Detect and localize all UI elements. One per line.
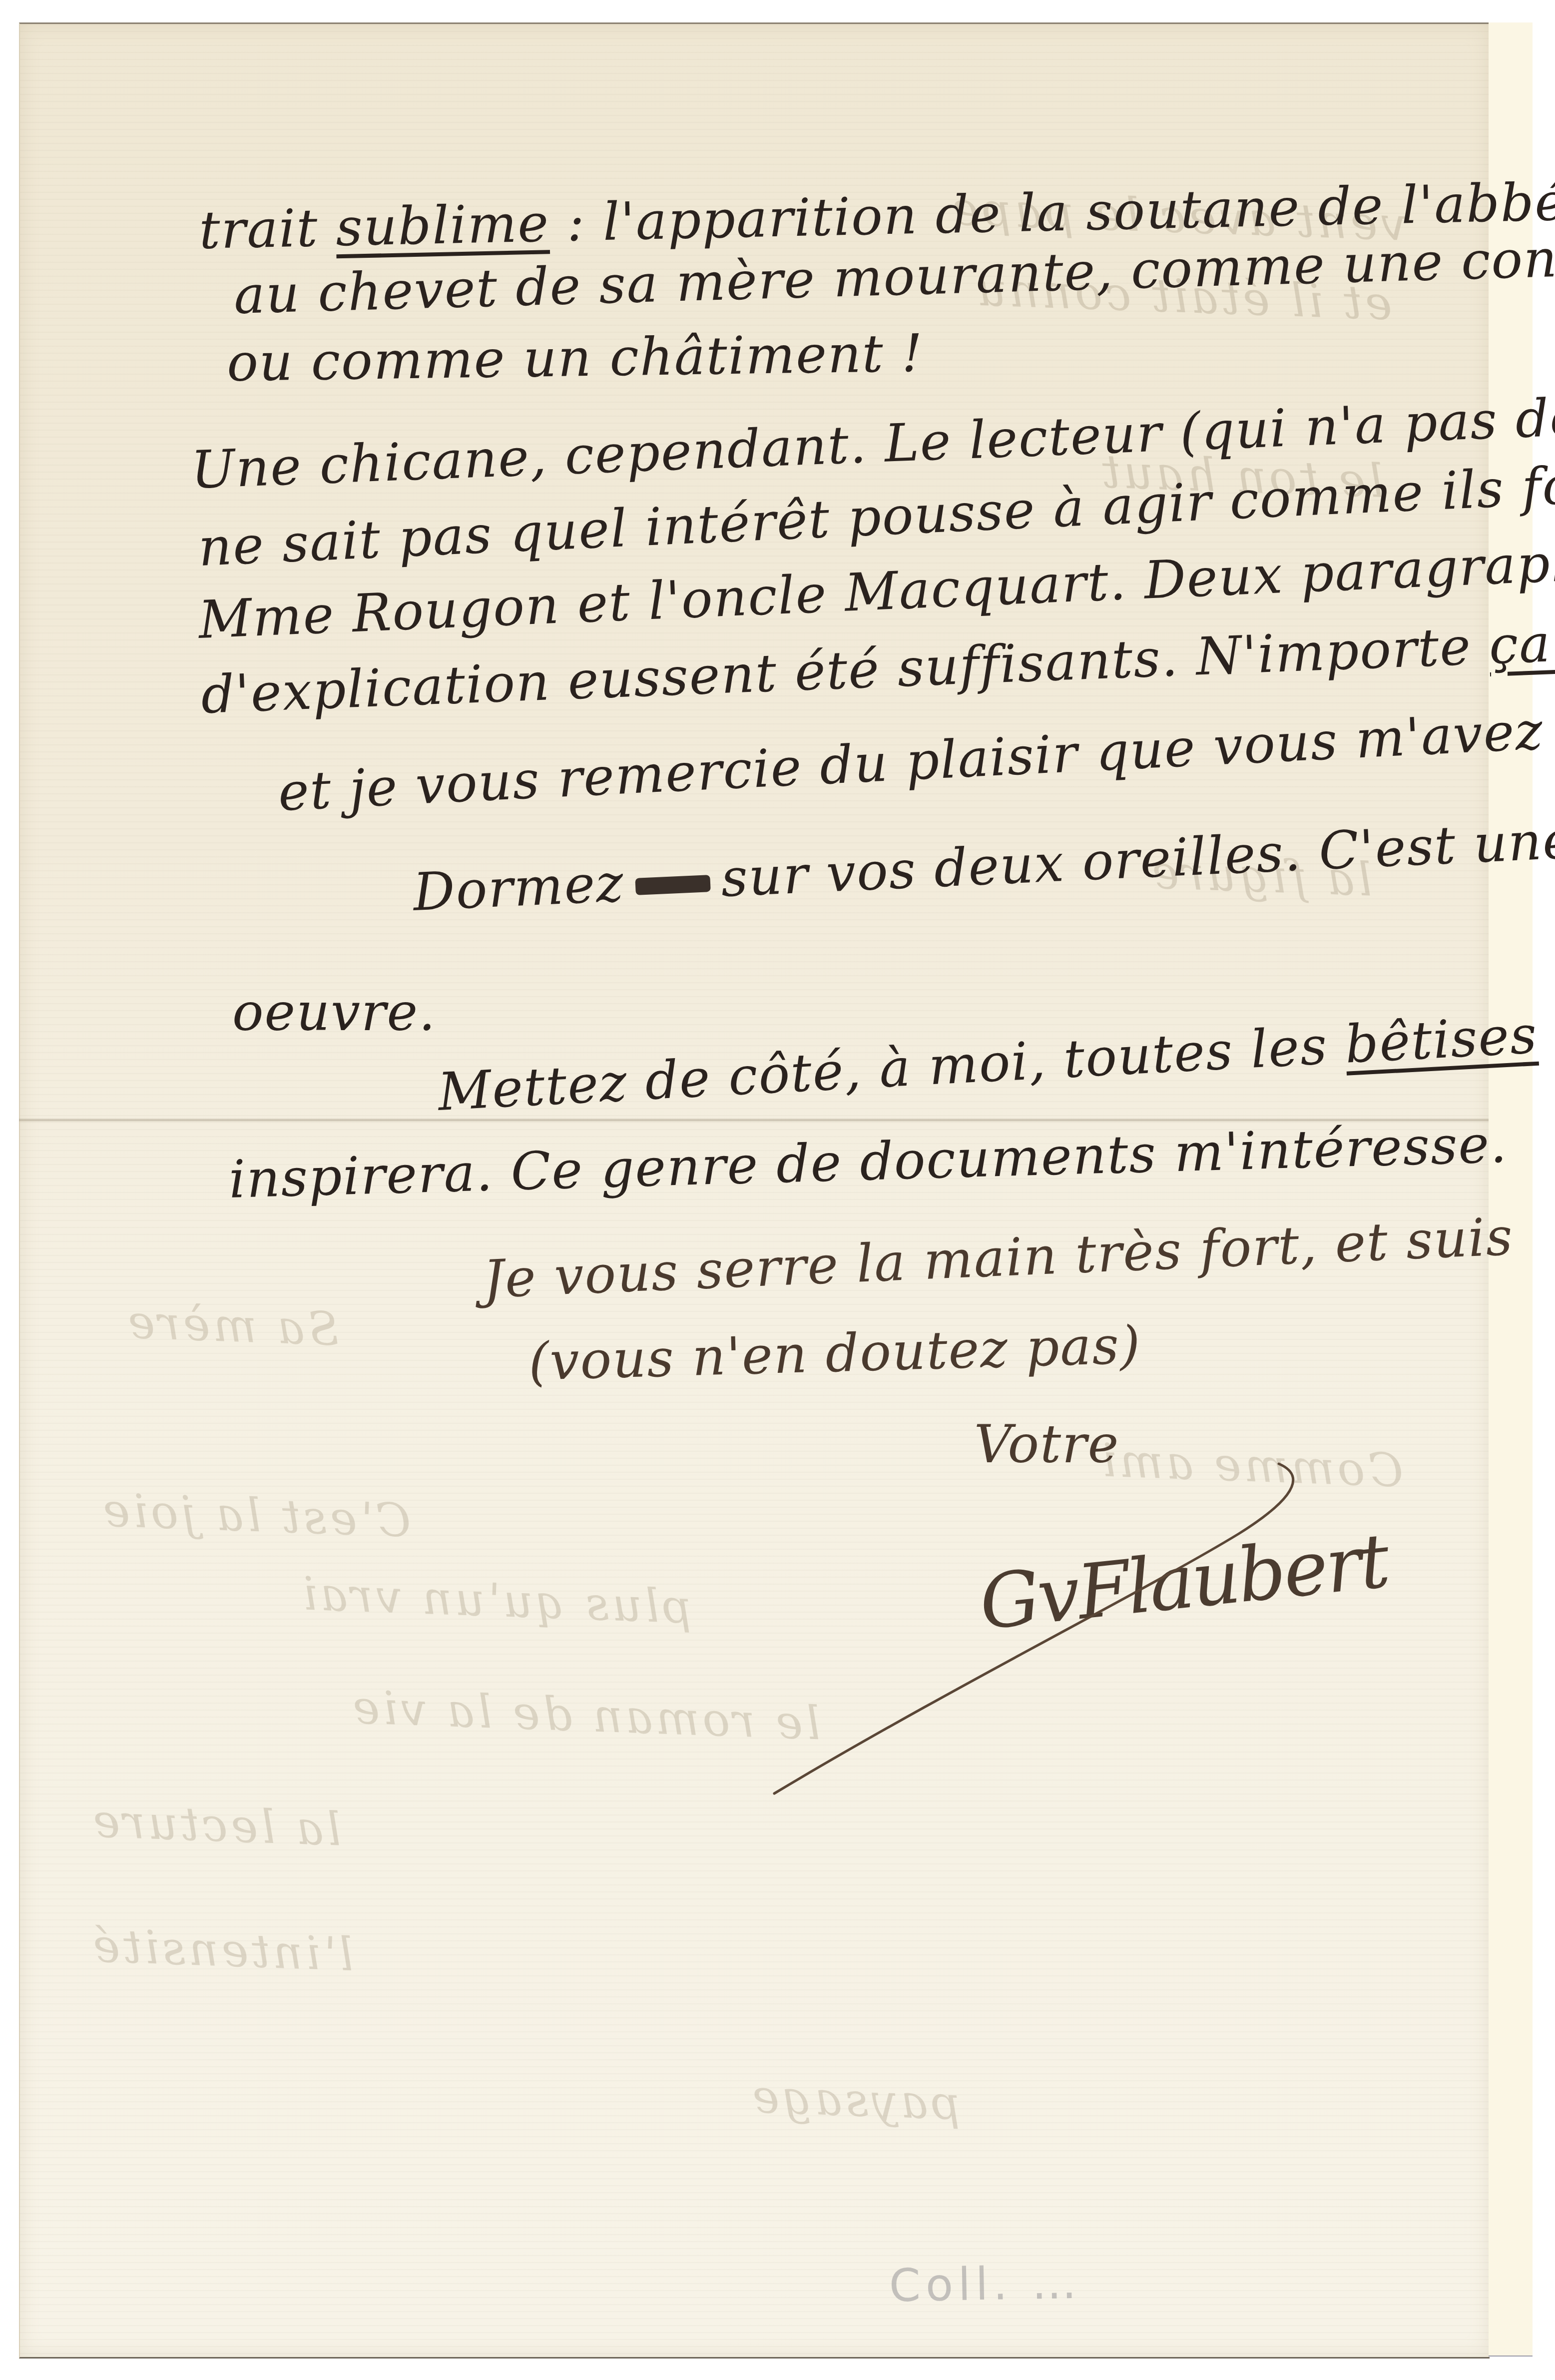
- pencil-annotation: Coll. …: [889, 2257, 1082, 2313]
- signature-flourish-icon: [0, 0, 1555, 2380]
